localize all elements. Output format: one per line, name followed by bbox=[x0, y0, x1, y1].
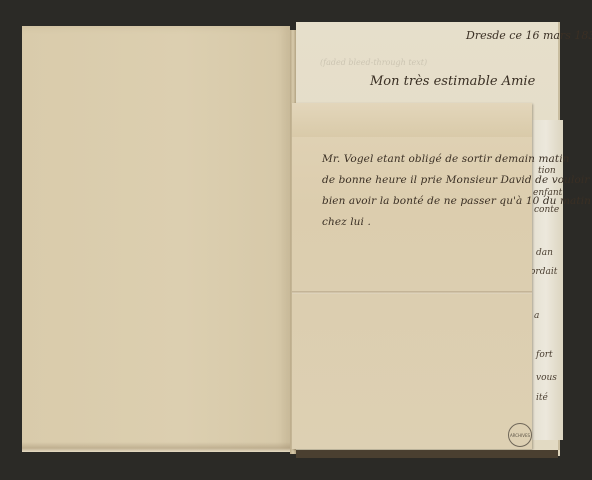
note-line: Mr. Vogel etant obligé de sortir demain … bbox=[322, 153, 570, 165]
margin-fragment: fort bbox=[536, 350, 553, 360]
margin-fragment: a bbox=[534, 311, 539, 321]
note-fold-line bbox=[292, 291, 532, 294]
stack-bottom-edge bbox=[296, 450, 558, 458]
note-top-band bbox=[292, 103, 532, 137]
margin-fragment: vous bbox=[536, 373, 557, 383]
page-curl bbox=[22, 442, 290, 452]
left-blank-page bbox=[22, 26, 290, 452]
margin-fragment: ordait bbox=[530, 267, 557, 277]
margin-fragment: dan bbox=[536, 248, 553, 258]
margin-fragment: ité bbox=[536, 393, 548, 403]
note-line: bien avoir la bonté de ne passer qu'à 10… bbox=[322, 195, 591, 207]
archive-stamp: ARCHIVES bbox=[508, 423, 532, 447]
stamp-label: ARCHIVES bbox=[510, 433, 530, 438]
letter-salutation: Mon très estimable Amie bbox=[370, 74, 535, 89]
note-line: chez lui . bbox=[322, 216, 371, 228]
note-line: de bonne heure il prie Monsieur David de… bbox=[322, 174, 590, 186]
bleed-through-text: (faded bleed-through text) bbox=[320, 58, 427, 67]
letter-date: Dresde ce 16 mars 1831 bbox=[466, 29, 592, 42]
